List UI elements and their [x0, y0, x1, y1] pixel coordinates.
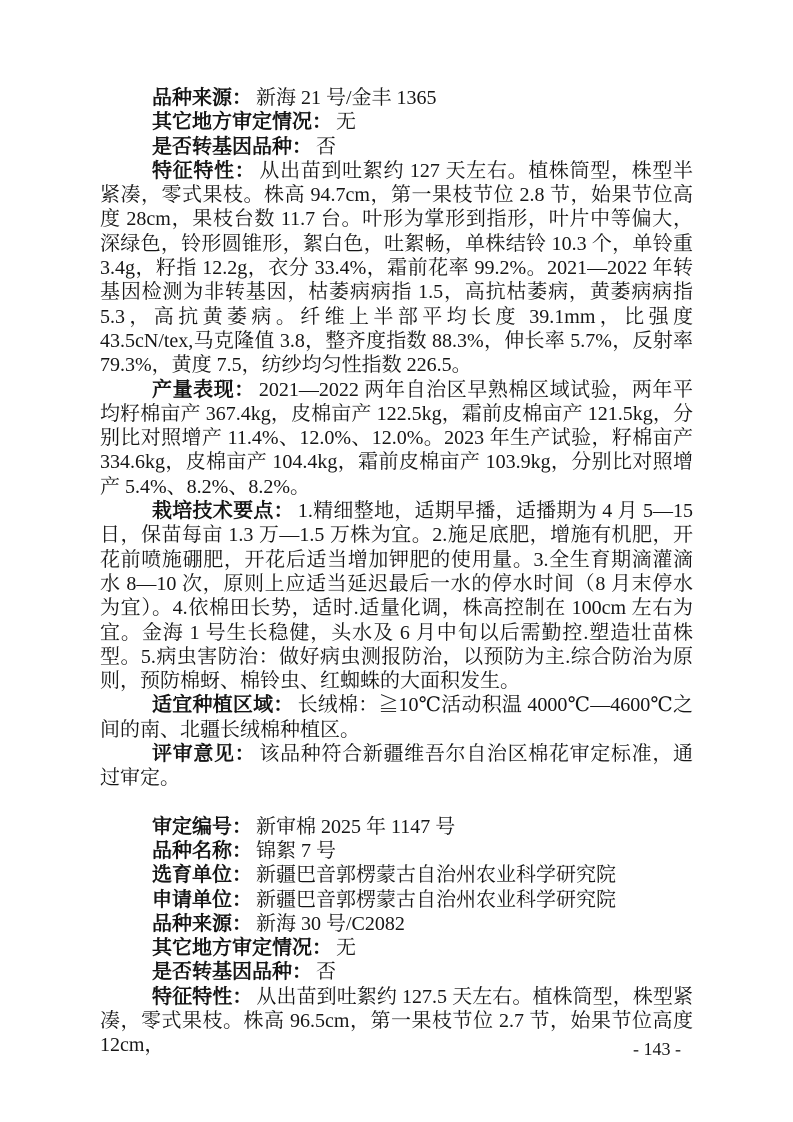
document-page: 品种来源：新海 21 号/金丰 1365 其它地方审定情况：无 是否转基因品种：…	[0, 0, 793, 1122]
field-breeding-unit: 选育单位：新疆巴音郭楞蒙古自治州农业科学研究院	[100, 863, 693, 887]
field-cultivation-techniques: 栽培技术要点：1.精细整地，适期早播，适播期为 4 月 5—15 日，保苗每亩 …	[100, 499, 693, 693]
field-value-gmo-status: 否	[316, 136, 336, 158]
field-value-breeding-unit: 新疆巴音郭楞蒙古自治州农业科学研究院	[256, 864, 616, 886]
field-label-cultivation-techniques: 栽培技术要点：	[152, 500, 294, 522]
field-value-gmo-status-2: 否	[316, 961, 336, 983]
field-label-traits-2: 特征特性：	[152, 986, 252, 1008]
field-label-applicant-unit: 申请单位：	[152, 889, 252, 911]
field-label-gmo-status-2: 是否转基因品种：	[152, 961, 312, 983]
field-applicant-unit: 申请单位：新疆巴音郭楞蒙古自治州农业科学研究院	[100, 888, 693, 912]
field-variety-name: 品种名称：锦絮 7 号	[100, 839, 693, 863]
field-variety-source: 品种来源：新海 21 号/金丰 1365	[100, 86, 693, 110]
field-label-traits: 特征特性：	[152, 160, 255, 182]
field-label-suitable-regions: 适宜种植区域：	[152, 694, 294, 716]
field-gmo-status-2: 是否转基因品种：否	[100, 960, 693, 984]
field-label-gmo-status: 是否转基因品种：	[152, 136, 312, 158]
field-value-cultivation-techniques: 1.精细整地，适期早播，适播期为 4 月 5—15 日，保苗每亩 1.3 万—1…	[100, 500, 693, 692]
field-traits: 特征特性：从出苗到吐絮约 127 天左右。植株筒型，株型半紧凑，零式果枝。株高 …	[100, 159, 693, 378]
field-label-variety-source: 品种来源：	[152, 87, 252, 109]
field-traits-2: 特征特性：从出苗到吐絮约 127.5 天左右。植株筒型，株型紧凑，零式果枝。株高…	[100, 985, 693, 1058]
field-certification-number: 审定编号：新审棉 2025 年 1147 号	[100, 815, 693, 839]
field-variety-source-2: 品种来源：新海 30 号/C2082	[100, 912, 693, 936]
document-body: 品种来源：新海 21 号/金丰 1365 其它地方审定情况：无 是否转基因品种：…	[100, 86, 693, 1058]
field-other-certifications-2: 其它地方审定情况：无	[100, 936, 693, 960]
field-label-other-certifications-2: 其它地方审定情况：	[152, 937, 332, 959]
field-suitable-regions: 适宜种植区域：长绒棉：≧10℃活动积温 4000℃—4600℃之间的南、北疆长绒…	[100, 693, 693, 742]
field-value-certification-number: 新审棉 2025 年 1147 号	[256, 816, 455, 838]
field-label-variety-source-2: 品种来源：	[152, 913, 252, 935]
field-other-certifications: 其它地方审定情况：无	[100, 110, 693, 134]
field-label-review-opinion: 评审意见：	[152, 743, 255, 765]
field-value-other-certifications: 无	[336, 111, 356, 133]
field-review-opinion: 评审意见：该品种符合新疆维吾尔自治区棉花审定标准，通过审定。	[100, 742, 693, 791]
field-label-certification-number: 审定编号：	[152, 816, 252, 838]
field-gmo-status: 是否转基因品种：否	[100, 135, 693, 159]
field-label-yield-performance: 产量表现：	[152, 379, 255, 401]
field-value-variety-name: 锦絮 7 号	[256, 840, 336, 862]
field-value-other-certifications-2: 无	[336, 937, 356, 959]
field-value-variety-source-2: 新海 30 号/C2082	[256, 913, 405, 935]
field-label-breeding-unit: 选育单位：	[152, 864, 252, 886]
field-label-other-certifications: 其它地方审定情况：	[152, 111, 332, 133]
field-value-traits: 从出苗到吐絮约 127 天左右。植株筒型，株型半紧凑，零式果枝。株高 94.7c…	[100, 160, 693, 376]
field-yield-performance: 产量表现：2021—2022 两年自治区早熟棉区域试验，两年平均籽棉亩产 367…	[100, 378, 693, 499]
variety-entry-jinxu-7: 审定编号：新审棉 2025 年 1147 号 品种名称：锦絮 7 号 选育单位：…	[100, 815, 693, 1058]
field-value-variety-source: 新海 21 号/金丰 1365	[256, 87, 437, 109]
variety-entry-continued: 品种来源：新海 21 号/金丰 1365 其它地方审定情况：无 是否转基因品种：…	[100, 86, 693, 791]
field-value-applicant-unit: 新疆巴音郭楞蒙古自治州农业科学研究院	[256, 889, 616, 911]
page-number: - 143 -	[633, 1038, 681, 1060]
field-label-variety-name: 品种名称：	[152, 840, 252, 862]
